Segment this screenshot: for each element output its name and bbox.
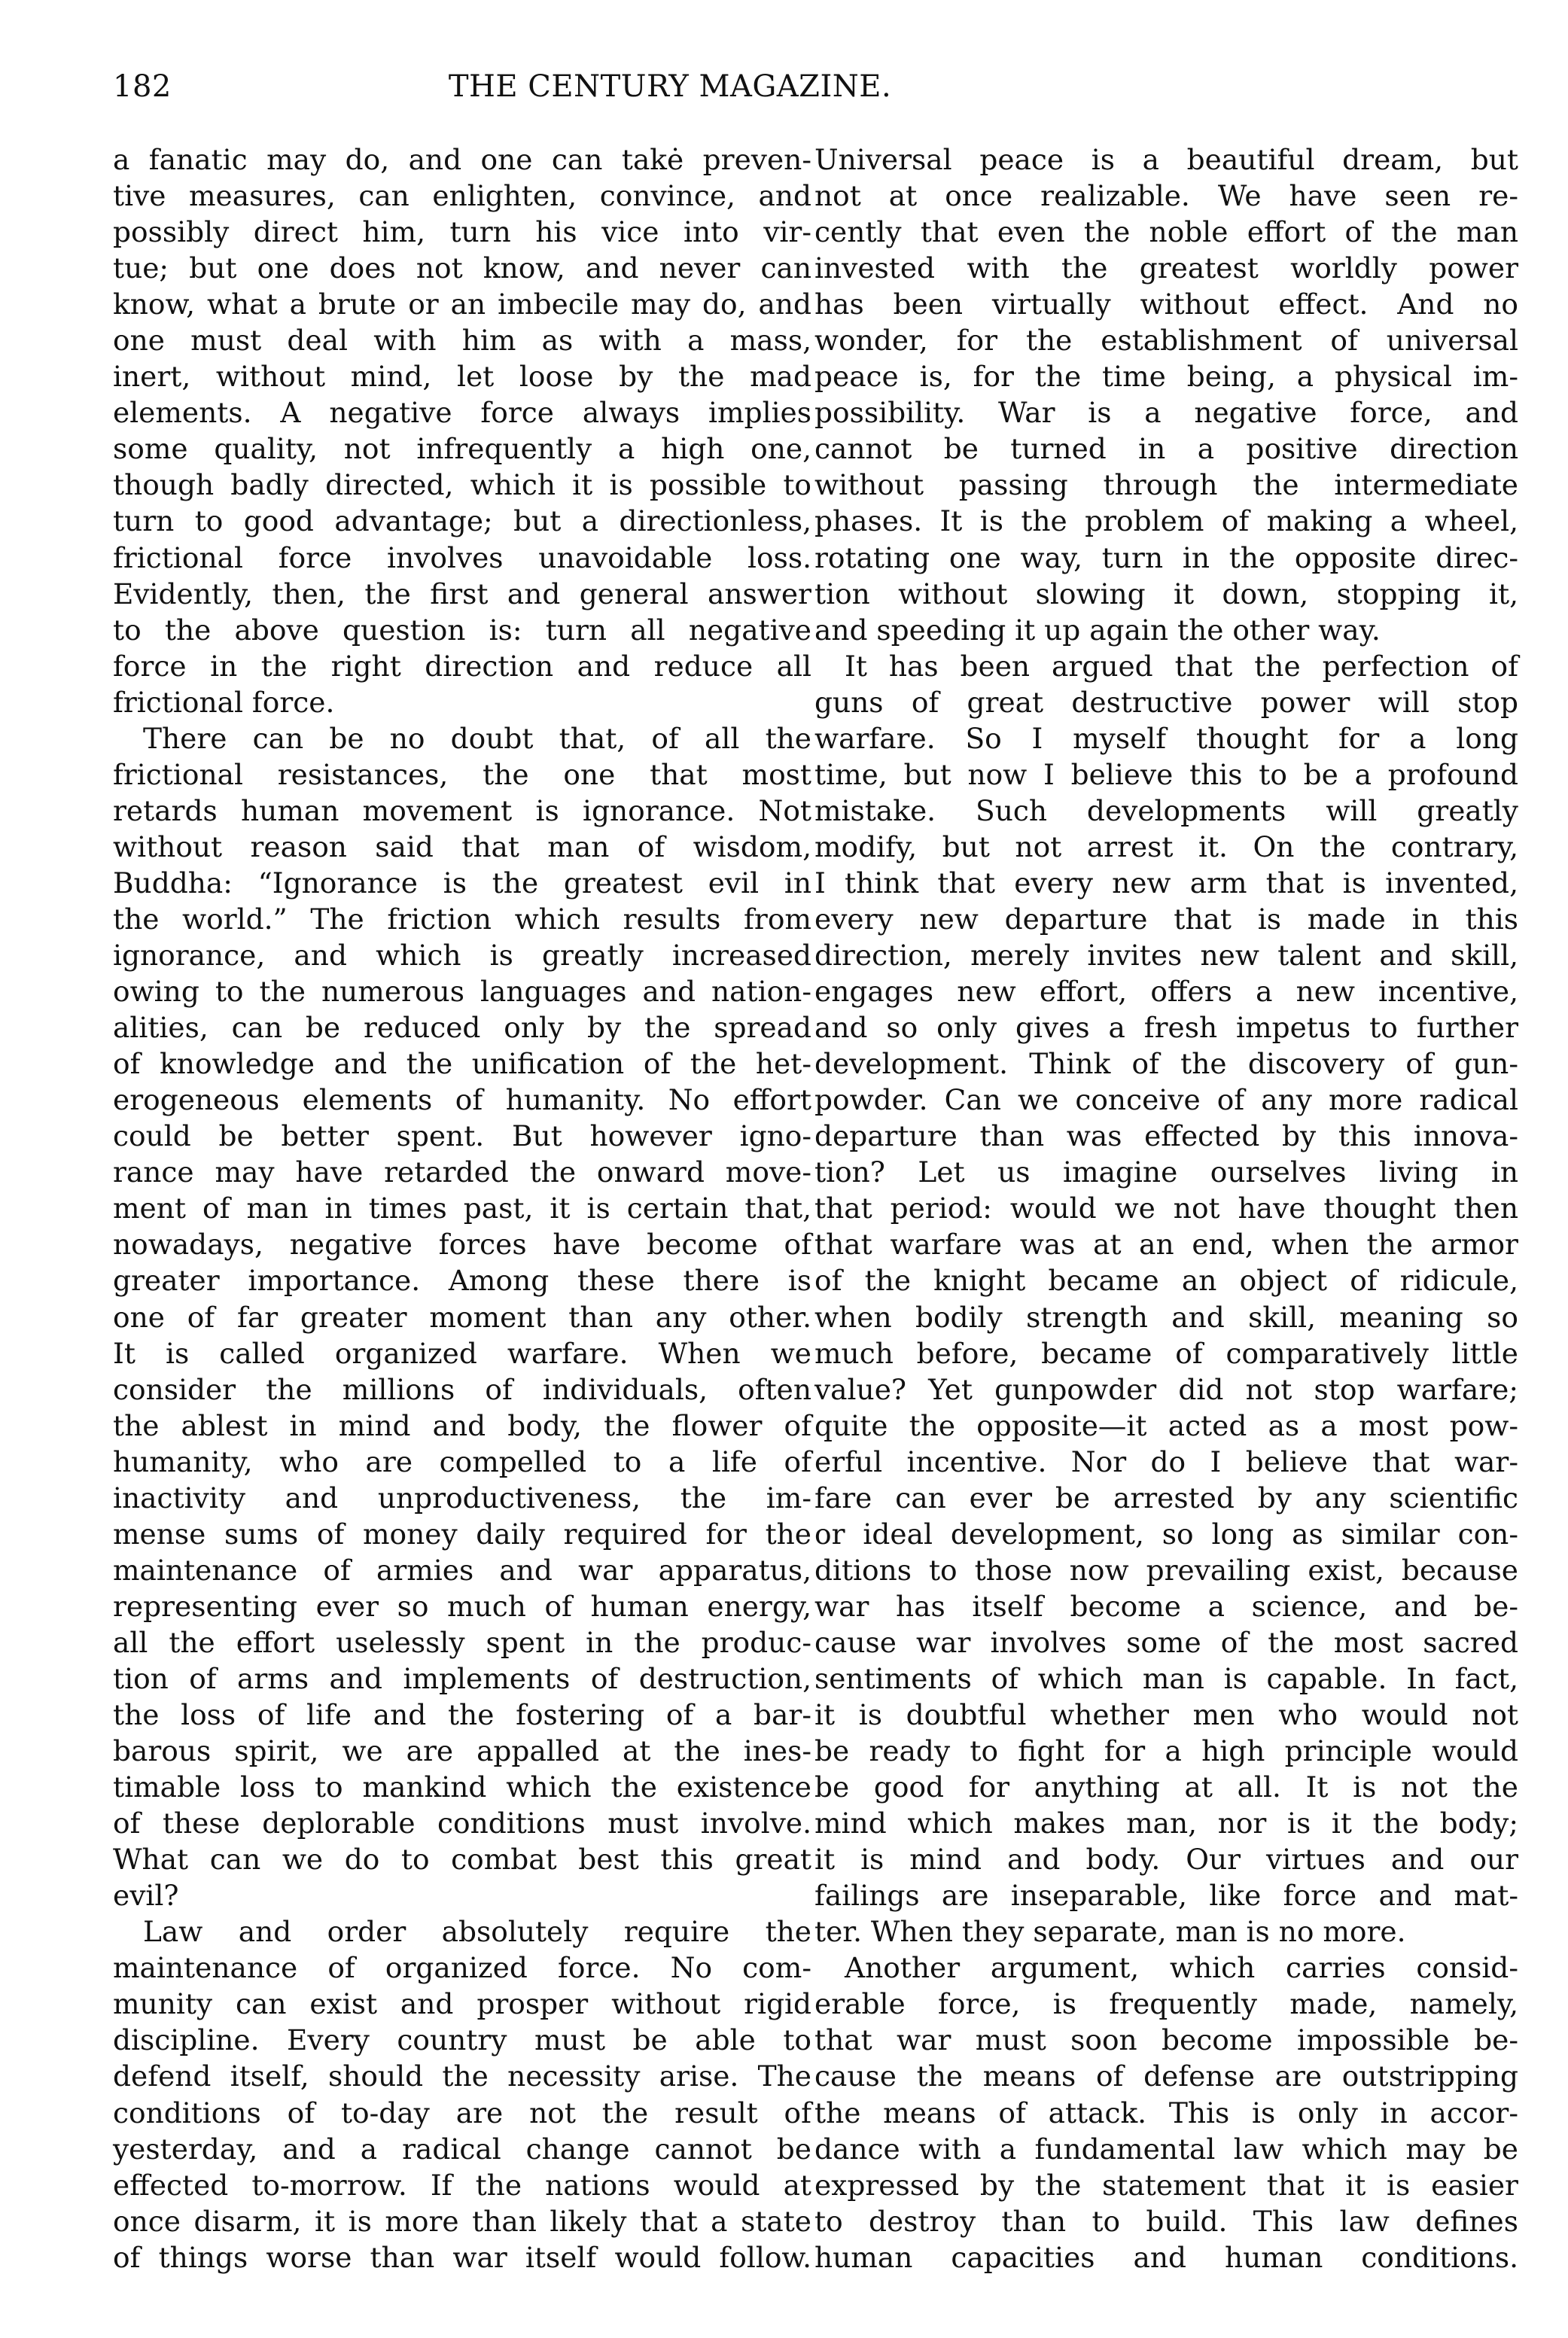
text-line: I think that every new arm that is inven… xyxy=(814,865,1518,901)
text-line: tive measures, can enlighten, convince, … xyxy=(113,178,811,214)
text-line: cause war involves some of the most sacr… xyxy=(814,1624,1518,1661)
text-line: mistake. Such developments will greatly xyxy=(814,793,1518,829)
text-column-right: Universal peace is a beautiful dream, bu… xyxy=(814,142,1518,2276)
text-line: that period: would we not have thought t… xyxy=(814,1190,1518,1226)
text-line: possibility. War is a negative force, an… xyxy=(814,394,1518,431)
text-line: phases. It is the problem of making a wh… xyxy=(814,503,1518,539)
paragraph-start-line: Law and order absolutely require the xyxy=(113,1913,811,1950)
text-line: What can we do to combat best this great xyxy=(113,1841,811,1877)
text-line: sentiments of which man is capable. In f… xyxy=(814,1661,1518,1697)
text-line: maintenance of armies and war apparatus, xyxy=(113,1552,811,1588)
text-line: could be better spent. But however igno- xyxy=(113,1118,811,1154)
text-line: value? Yet gunpowder did not stop warfar… xyxy=(814,1371,1518,1408)
text-line: peace is, for the time being, a physical… xyxy=(814,358,1518,394)
text-line: human capacities and human conditions. xyxy=(814,2239,1518,2276)
text-line: evil? xyxy=(113,1877,811,1913)
text-line: Evidently, then, the first and general a… xyxy=(113,576,811,612)
text-line: be ready to fight for a high principle w… xyxy=(814,1733,1518,1769)
text-line: ditions to those now prevailing exist, b… xyxy=(814,1552,1518,1588)
text-line: ter. When they separate, man is no more. xyxy=(814,1913,1518,1950)
text-line: when bodily strength and skill, meaning … xyxy=(814,1299,1518,1335)
text-line: departure than was effected by this inno… xyxy=(814,1118,1518,1154)
text-line: alities, can be reduced only by the spre… xyxy=(113,1009,811,1046)
text-line: rance may have retarded the onward move- xyxy=(113,1154,811,1190)
text-line: frictional force involves unavoidable lo… xyxy=(113,540,811,576)
text-line: not at once realizable. We have seen re- xyxy=(814,178,1518,214)
text-line: though badly directed, which it is possi… xyxy=(113,467,811,503)
text-line: of knowledge and the unification of the … xyxy=(113,1046,811,1082)
text-line: force in the right direction and reduce … xyxy=(113,648,811,684)
text-line: much before, became of comparatively lit… xyxy=(814,1335,1518,1371)
text-line: nowadays, negative forces have become of xyxy=(113,1226,811,1262)
text-line: erful incentive. Nor do I believe that w… xyxy=(814,1444,1518,1480)
text-line: it is mind and body. Our virtues and our xyxy=(814,1841,1518,1877)
text-line: Universal peace is a beautiful dream, bu… xyxy=(814,142,1518,178)
text-line: engages new effort, offers a new incenti… xyxy=(814,973,1518,1009)
text-column-left: a fanatic may do, and one can takė preve… xyxy=(113,142,811,2276)
text-line: cause the means of defense are outstripp… xyxy=(814,2058,1518,2094)
text-line: that warfare was at an end, when the arm… xyxy=(814,1226,1518,1262)
text-line: cannot be turned in a positive direction xyxy=(814,431,1518,467)
text-line: wonder, for the establishment of univers… xyxy=(814,322,1518,358)
text-line: retards human movement is ignorance. Not xyxy=(113,793,811,829)
text-line: invested with the greatest worldly power xyxy=(814,250,1518,286)
text-line: rotating one way, turn in the opposite d… xyxy=(814,540,1518,576)
text-line: one of far greater moment than any other… xyxy=(113,1299,811,1335)
text-line: to destroy than to build. This law defin… xyxy=(814,2203,1518,2239)
text-line: fare can ever be arrested by any scienti… xyxy=(814,1480,1518,1516)
text-line: owing to the numerous languages and nati… xyxy=(113,973,811,1009)
text-line: of these deplorable conditions must invo… xyxy=(113,1805,811,1841)
text-line: without reason said that man of wisdom, xyxy=(113,829,811,865)
text-line: war has itself become a science, and be- xyxy=(814,1588,1518,1624)
text-line: inert, without mind, let loose by the ma… xyxy=(113,358,811,394)
text-line: be good for anything at all. It is not t… xyxy=(814,1769,1518,1805)
text-line: that war must soon become impossible be- xyxy=(814,2022,1518,2058)
text-line: once disarm, it is more than likely that… xyxy=(113,2203,811,2239)
text-line: defend itself, should the necessity aris… xyxy=(113,2058,811,2094)
text-line: the means of attack. This is only in acc… xyxy=(814,2095,1518,2131)
text-line: humanity, who are compelled to a life of xyxy=(113,1444,811,1480)
text-line: timable loss to mankind which the existe… xyxy=(113,1769,811,1805)
text-line: guns of great destructive power will sto… xyxy=(814,684,1518,720)
text-line: dance with a fundamental law which may b… xyxy=(814,2131,1518,2167)
text-line: mind which makes man, nor is it the body… xyxy=(814,1805,1518,1841)
text-line: frictional resistances, the one that mos… xyxy=(113,757,811,793)
running-title: THE CENTURY MAGAZINE. xyxy=(113,69,1227,104)
text-line: ment of man in times past, it is certain… xyxy=(113,1190,811,1226)
text-line: powder. Can we conceive of any more radi… xyxy=(814,1082,1518,1118)
text-line: every new departure that is made in this xyxy=(814,901,1518,937)
paragraph-start-line: There can be no doubt that, of all the xyxy=(113,720,811,757)
text-line: It is called organized warfare. When we xyxy=(113,1335,811,1371)
text-line: turn to good advantage; but a directionl… xyxy=(113,503,811,539)
text-line: to the above question is: turn all negat… xyxy=(113,612,811,648)
text-line: tue; but one does not know, and never ca… xyxy=(113,250,811,286)
text-line: the loss of life and the fostering of a … xyxy=(113,1697,811,1733)
text-line: discipline. Every country must be able t… xyxy=(113,2022,811,2058)
text-line: barous spirit, we are appalled at the in… xyxy=(113,1733,811,1769)
text-line: without passing through the intermediate xyxy=(814,467,1518,503)
paragraph-start-line: It has been argued that the perfection o… xyxy=(814,648,1518,684)
page-header: 182 THE CENTURY MAGAZINE. xyxy=(113,69,1536,114)
text-line: the world.” The friction which results f… xyxy=(113,901,811,937)
text-line: it is doubtful whether men who would not xyxy=(814,1697,1518,1733)
text-line: frictional force. xyxy=(113,684,811,720)
text-line: one must deal with him as with a mass, xyxy=(113,322,811,358)
text-line: a fanatic may do, and one can takė preve… xyxy=(113,142,811,178)
text-line: consider the millions of individuals, of… xyxy=(113,1371,811,1408)
paragraph-start-line: Another argument, which carries consid- xyxy=(814,1950,1518,1986)
text-line: all the effort uselessly spent in the pr… xyxy=(113,1624,811,1661)
text-line: has been virtually without effect. And n… xyxy=(814,286,1518,322)
text-line: representing ever so much of human energ… xyxy=(113,1588,811,1624)
text-line: know, what a brute or an imbecile may do… xyxy=(113,286,811,322)
text-line: tion? Let us imagine ourselves living in xyxy=(814,1154,1518,1190)
text-line: greater importance. Among these there is xyxy=(113,1262,811,1298)
text-line: Buddha: “Ignorance is the greatest evil … xyxy=(113,865,811,901)
text-line: development. Think of the discovery of g… xyxy=(814,1046,1518,1082)
text-line: mense sums of money daily required for t… xyxy=(113,1516,811,1552)
text-line: quite the opposite—it acted as a most po… xyxy=(814,1408,1518,1444)
text-line: some quality, not infrequently a high on… xyxy=(113,431,811,467)
text-line: erogeneous elements of humanity. No effo… xyxy=(113,1082,811,1118)
text-line: cently that even the noble effort of the… xyxy=(814,214,1518,250)
text-line: erable force, is frequently made, namely… xyxy=(814,1986,1518,2022)
text-line: effected to-morrow. If the nations would… xyxy=(113,2167,811,2203)
text-line: and speeding it up again the other way. xyxy=(814,612,1518,648)
text-line: modify, but not arrest it. On the contra… xyxy=(814,829,1518,865)
text-line: maintenance of organized force. No com- xyxy=(113,1950,811,1986)
text-line: elements. A negative force always implie… xyxy=(113,394,811,431)
text-line: warfare. So I myself thought for a long xyxy=(814,720,1518,757)
text-line: conditions of to-day are not the result … xyxy=(113,2095,811,2131)
text-line: of things worse than war itself would fo… xyxy=(113,2239,811,2276)
text-line: tion of arms and implements of destructi… xyxy=(113,1661,811,1697)
text-line: the ablest in mind and body, the flower … xyxy=(113,1408,811,1444)
text-line: ignorance, and which is greatly increase… xyxy=(113,937,811,973)
text-line: or ideal development, so long as similar… xyxy=(814,1516,1518,1552)
text-line: of the knight became an object of ridicu… xyxy=(814,1262,1518,1298)
text-line: yesterday, and a radical change cannot b… xyxy=(113,2131,811,2167)
magazine-page: 182 THE CENTURY MAGAZINE. a fanatic may … xyxy=(0,0,1568,2338)
text-line: tion without slowing it down, stopping i… xyxy=(814,576,1518,612)
text-line: expressed by the statement that it is ea… xyxy=(814,2167,1518,2203)
text-line: direction, merely invites new talent and… xyxy=(814,937,1518,973)
text-line: inactivity and unproductiveness, the im- xyxy=(113,1480,811,1516)
text-line: and so only gives a fresh impetus to fur… xyxy=(814,1009,1518,1046)
text-line: possibly direct him, turn his vice into … xyxy=(113,214,811,250)
text-line: munity can exist and prosper without rig… xyxy=(113,1986,811,2022)
text-line: time, but now I believe this to be a pro… xyxy=(814,757,1518,793)
text-line: failings are inseparable, like force and… xyxy=(814,1877,1518,1913)
